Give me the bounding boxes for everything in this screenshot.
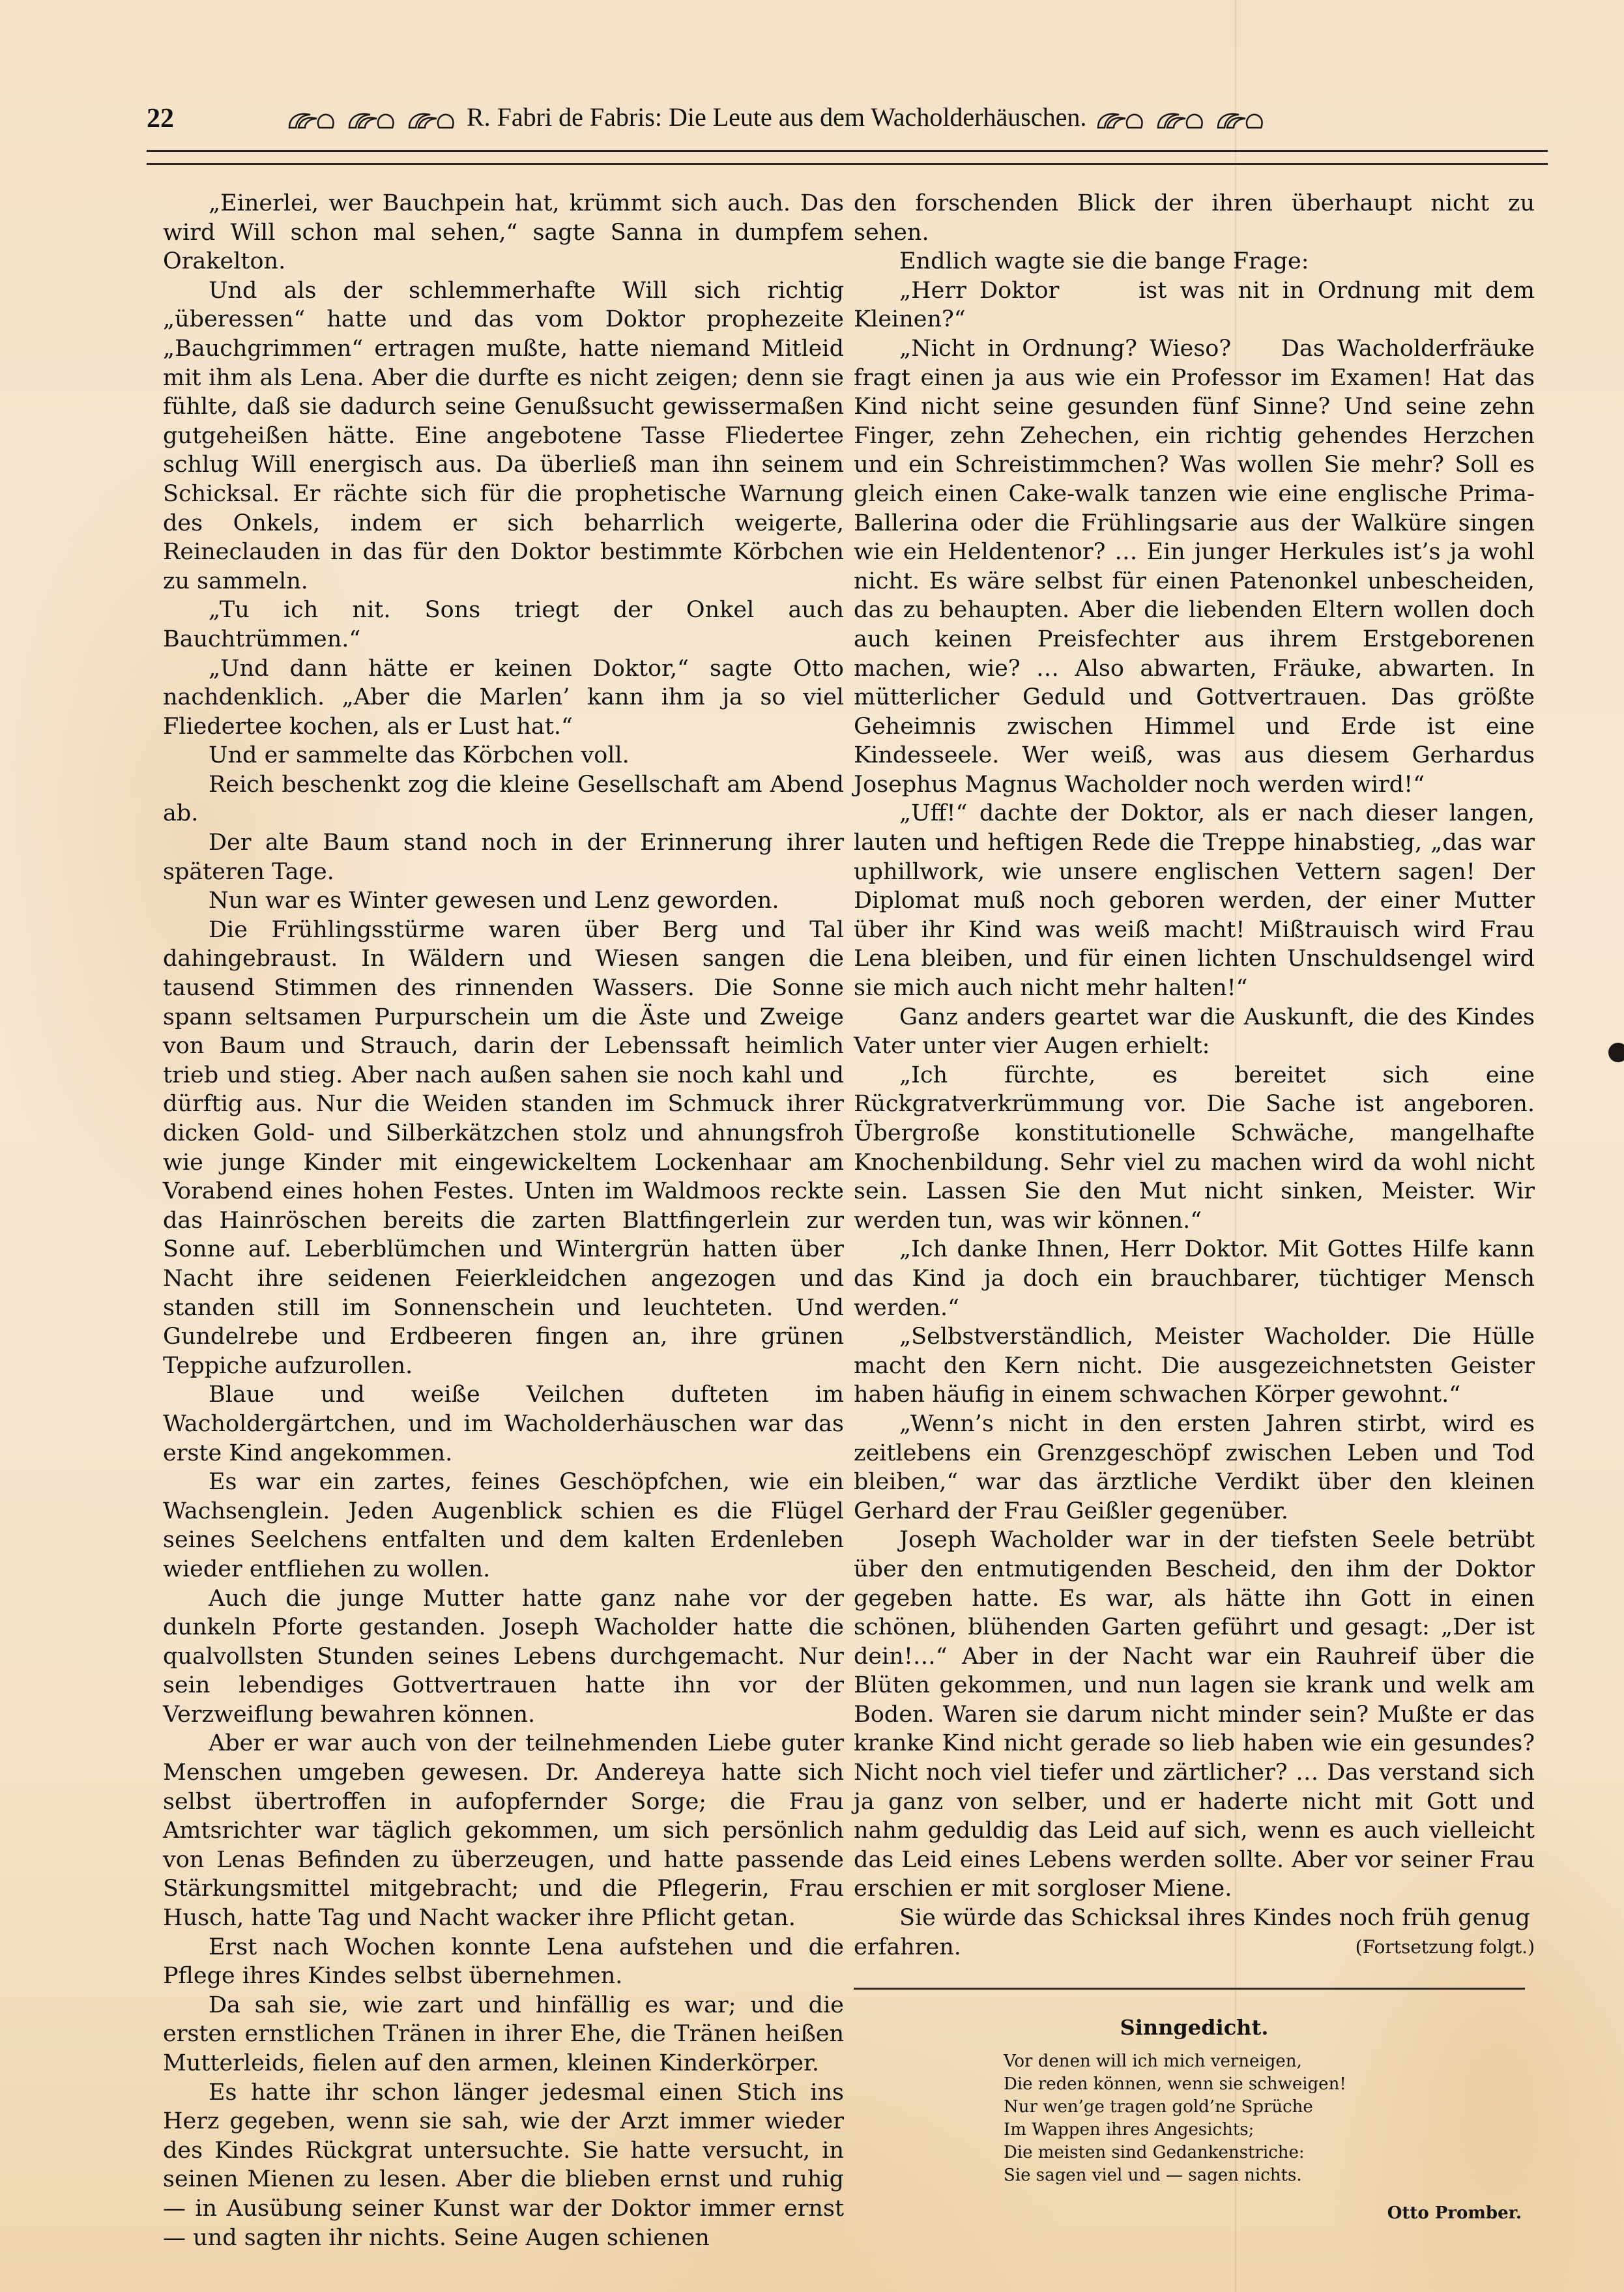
right-text-column: den forschenden Blick der ihren überhaup… [854,189,1535,2227]
paragraph: Es war ein zartes, feines Geschöpfchen, … [163,1468,844,1584]
paragraph: „Einerlei, wer Bauchpein hat, krümmt sic… [163,189,844,276]
paragraph: „Tu ich nit. Sons triegt der Onkel auch … [163,596,844,654]
paragraph: Reich beschenkt zog die kleine Gesellsch… [163,770,844,828]
paragraph: Auch die junge Mutter hatte ganz nahe vo… [163,1584,844,1730]
paragraph: Die Frühlingsstürme waren über Berg und … [163,916,844,1381]
paragraph: Der alte Baum stand noch in der Erinneru… [163,828,844,886]
poem-line: Vor denen will ich mich verneigen, [1004,2050,1535,2073]
acanthus-ornament-icon [1095,106,1146,128]
paragraph: Blaue und weiße Veilchen dufteten im Wac… [163,1380,844,1468]
paragraph: Da sah sie, wie zart und hinfällig es wa… [163,1991,844,2078]
paragraph: Sie würde das Schicksal ihres Kindes noc… [854,1904,1535,1933]
paragraph: Und als der schlemmerhafte Will sich ric… [163,276,844,596]
paragraph: „Nicht in Ordnung? Wieso? Das Wacholderf… [854,334,1535,800]
chapter-end-line: erfahren. (Fortsetzung folgt.) [854,1933,1535,1962]
header-rule-bottom [147,163,1548,165]
ink-blot-mark [1608,1043,1624,1062]
paragraph: „Wenn’s nicht in den ersten Jahren stirb… [854,1410,1535,1526]
last-line: erfahren. [854,1933,961,1962]
acanthus-ornament-icon [1215,106,1266,128]
left-text-column: „Einerlei, wer Bauchpein hat, krümmt sic… [163,189,844,2252]
paragraph: Joseph Wacholder war in der tiefsten See… [854,1526,1535,1904]
paragraph: Nun war es Winter gewesen und Lenz gewor… [163,886,844,916]
poem-line: Im Wappen ihres Angesichts; [1004,2119,1535,2141]
paragraph: Und er sammelte das Körbchen voll. [163,741,844,770]
acanthus-ornament-icon [1155,106,1206,128]
poem-line: Die meisten sind Gedankenstriche: [1004,2141,1535,2164]
header-rule-top [147,150,1548,152]
poem-line: Sie sagen viel und — sagen nichts. [1004,2164,1535,2187]
running-title: R. Fabri de Fabris: Die Leute aus dem Wa… [467,102,1086,132]
paragraph: „Und dann hätte er keinen Doktor,“ sagte… [163,654,844,742]
paragraph: „Ich fürchte, es bereitet sich eine Rück… [854,1061,1535,1236]
poem-block: Sinngedicht. Vor denen will ich mich ver… [854,2013,1535,2227]
poem-line: Nur wen’ge tragen gold’ne Sprüche [1004,2096,1535,2119]
continuation-note: (Fortsetzung folgt.) [1356,1933,1535,1962]
poem-line: Die reden können, wenn sie schweigen! [1004,2073,1535,2096]
poem-author: Otto Promber. [854,2199,1535,2228]
acanthus-ornament-icon [407,106,457,128]
paragraph: Erst nach Wochen konnte Lena aufstehen u… [163,1933,844,1991]
paragraph: Aber er war auch von der teilnehmenden L… [163,1729,844,1932]
paragraph: Ganz anders geartet war die Auskunft, di… [854,1003,1535,1061]
paragraph: „Selbstverständlich, Meister Wacholder. … [854,1322,1535,1410]
running-title-bar: R. Fabri de Fabris: Die Leute aus dem Wa… [287,102,1408,132]
paragraph: „Herr Doktor ist was nit in Ordnung mit … [854,276,1535,334]
section-divider [854,1988,1525,1990]
paragraph: „Uff!“ dachte der Doktor, als er nach di… [854,799,1535,1002]
paragraph: den forschenden Blick der ihren überhaup… [854,189,1535,247]
poem-body: Vor denen will ich mich verneigen, Die r… [1004,2050,1535,2187]
poem-title: Sinngedicht. [854,2013,1535,2042]
page-number: 22 [147,103,174,134]
paragraph: „Ich danke Ihnen, Herr Doktor. Mit Gotte… [854,1235,1535,1322]
paragraph: Endlich wagte sie die bange Frage: [854,247,1535,276]
acanthus-ornament-icon [347,106,398,128]
page-header: 22 R. Fabri de Fabris: Die Leute aus dem… [147,98,1548,176]
paragraph: Es hatte ihr schon länger jedesmal einen… [163,2078,844,2253]
acanthus-ornament-icon [287,106,338,128]
